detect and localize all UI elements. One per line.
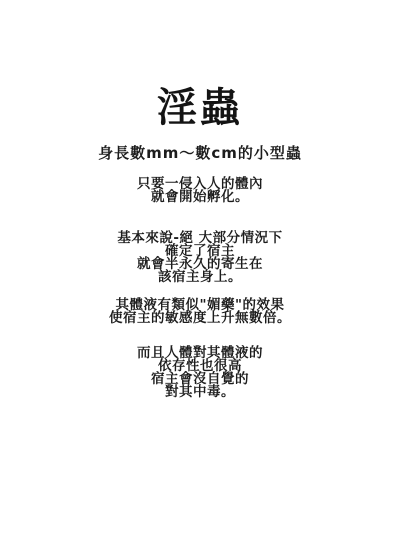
text-line: 對其中毒。 — [0, 386, 400, 399]
page-subtitle: 身長數mm～數cm的小型蟲 — [0, 145, 400, 161]
paragraph-parasitism: 基本來說-絕 大部分情況下 確定了宿主 就會半永久的寄生在 該宿主身上。 — [0, 232, 400, 284]
paragraph-bodily-fluid-effect: 其體液有類似"媚藥"的效果 使宿主的敏感度上升無數倍。 — [0, 299, 400, 325]
text-line: 使宿主的敏感度上升無數倍。 — [0, 312, 400, 325]
paragraph-hatching: 只要一侵入人的體內 就會開始孵化。 — [0, 178, 400, 204]
page-title: 淫蟲 — [0, 0, 400, 130]
text-line: 就會開始孵化。 — [0, 191, 400, 204]
paragraph-addiction: 而且人體對其體液的 依存性也很高 宿主會沒自覺的 對其中毒。 — [0, 347, 400, 399]
text-line: 該宿主身上。 — [0, 271, 400, 284]
scanned-text-page: 淫蟲 身長數mm～數cm的小型蟲 只要一侵入人的體內 就會開始孵化。 基本來說-… — [0, 0, 400, 557]
